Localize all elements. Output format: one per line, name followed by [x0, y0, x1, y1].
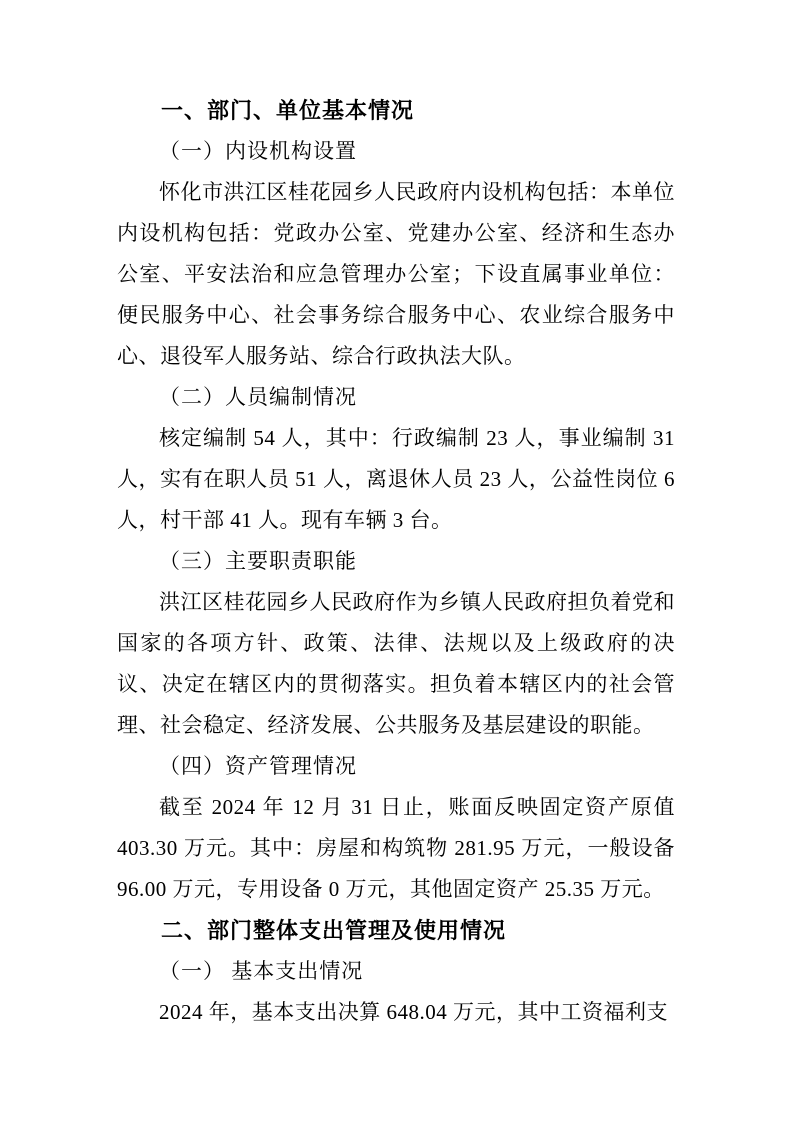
paragraph-basic-expenditure: 2024 年，基本支出决算 648.04 万元，其中工资福利支 — [117, 992, 675, 1033]
subheading-asset-management: （四）资产管理情况 — [117, 746, 675, 787]
subheading-internal-structure: （一）内设机构设置 — [117, 131, 675, 172]
section-heading-basic-info: 一、部门、单位基本情况 — [117, 90, 675, 131]
subheading-main-duties: （三）主要职责职能 — [117, 541, 675, 582]
section-heading-expenditure-management: 二、部门整体支出管理及使用情况 — [117, 910, 675, 951]
paragraph-internal-structure: 怀化市洪江区桂花园乡人民政府内设机构包括：本单位内设机构包括：党政办公室、党建办… — [117, 172, 675, 377]
paragraph-asset-management: 截至 2024 年 12 月 31 日止，账面反映固定资产原值 403.30 万… — [117, 787, 675, 910]
paragraph-staffing: 核定编制 54 人，其中：行政编制 23 人，事业编制 31 人，实有在职人员 … — [117, 418, 675, 541]
subheading-basic-expenditure: （一） 基本支出情况 — [117, 951, 675, 992]
document-page: 一、部门、单位基本情况 （一）内设机构设置 怀化市洪江区桂花园乡人民政府内设机构… — [0, 0, 793, 1122]
paragraph-main-duties: 洪江区桂花园乡人民政府作为乡镇人民政府担负着党和国家的各项方针、政策、法律、法规… — [117, 582, 675, 746]
subheading-staffing: （二）人员编制情况 — [117, 377, 675, 418]
